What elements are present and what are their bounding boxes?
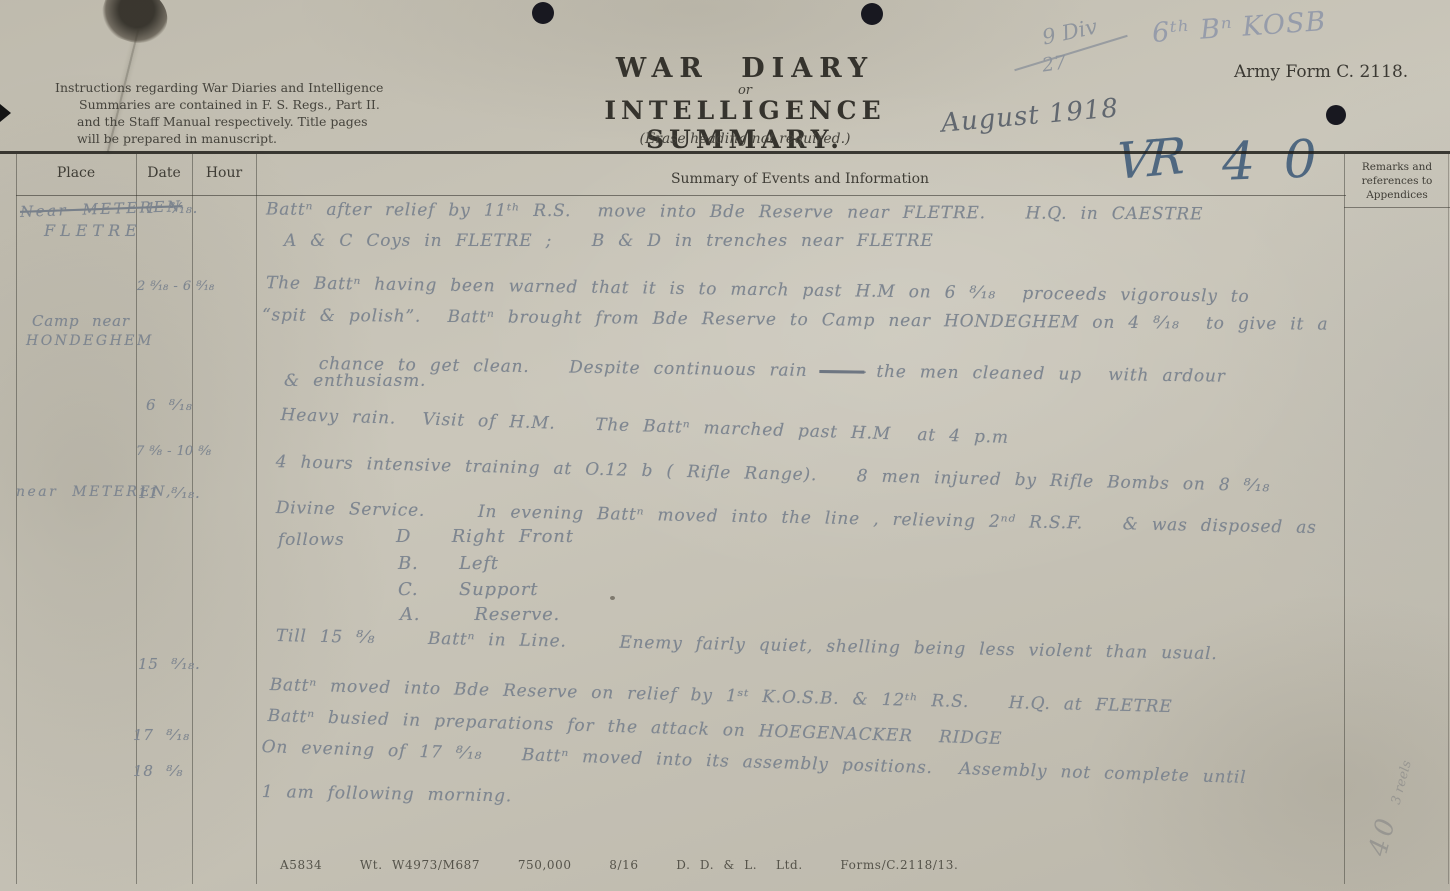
entry2-place-line2: HONDEGHEM (26, 333, 154, 349)
side-note-text: 3 reels (1389, 759, 1415, 806)
entry2-place-line1: Camp near (32, 312, 130, 330)
pencil-division-note: 9 Div (1040, 14, 1099, 49)
instructions-line: will be prepared in manuscript. (77, 130, 383, 147)
entry2-line4: & enthusiasm. (284, 371, 426, 391)
pencil-unit-note: 6ᵗʰ Bⁿ KOSB (1151, 6, 1327, 49)
entry4-date: 7 ⁸⁄₈ - 10 ⁸⁄₈ (136, 444, 211, 459)
pencil-division-denominator: 27 (1041, 51, 1068, 76)
entry2-line2: “spit & polish”. Battⁿ brought from Bde … (262, 305, 1328, 334)
remarks-header-line: Remarks and (1344, 160, 1450, 174)
entry5-date: 11 ⁸⁄₁₈. (138, 484, 201, 502)
left-edge-arrow-mark (0, 104, 11, 122)
entry2-line3: chance to get clean. Despite continuous … (266, 333, 1226, 406)
entry2-line3-after: the men cleaned up with ardour (876, 362, 1226, 387)
remarks-header-line: Appendices (1344, 188, 1450, 202)
instructions-line: Summaries are contained in F. S. Regs., … (79, 96, 383, 113)
table-vline-date-hour (192, 154, 193, 884)
entry7-line1: On evening of 17 ⁸⁄₁₈ Battⁿ moved into i… (261, 737, 1246, 788)
col-header-place: Place (16, 165, 136, 181)
table-top-rule (0, 151, 1450, 154)
entry6-date: 15 ⁸⁄₁₈. (138, 655, 201, 673)
col-header-hour: Hour (192, 165, 256, 181)
war-diary-page: Instructions regarding War Diaries and I… (0, 0, 1450, 891)
col-header-remarks: Remarks and references to Appendices (1344, 160, 1450, 202)
entry5-disposition-a: A. Reserve. (400, 604, 560, 625)
table-vline-hour-summary (256, 154, 257, 884)
instructions-line: and the Staff Manual respectively. Title… (77, 113, 383, 130)
printer-imprint: A5834 Wt. W4973/M687 750,000 8/16 D. D. … (280, 858, 958, 872)
remarks-header-rule (1344, 207, 1450, 208)
entry3-date: 6 ⁸⁄₁₈ (146, 396, 193, 414)
col-header-summary: Summary of Events and Information (256, 171, 1344, 187)
punch-hole-top-left (532, 2, 554, 24)
entry4-line1: 4 hours intensive training at O.12 b ( R… (276, 452, 1271, 496)
remarks-header-line: references to (1344, 174, 1450, 188)
entry5-till-line: Till 15 ⁸⁄₈ Battⁿ in Line. Enemy fairly … (276, 626, 1218, 664)
table-vline-left (16, 154, 17, 884)
instructions-line: Instructions regarding War Diaries and I… (55, 79, 383, 96)
erase-heading-note: (Erase heading not required.) (545, 131, 945, 147)
form-number: Army Form C. 2118. (1234, 62, 1408, 82)
punch-hole-right (1326, 105, 1346, 125)
side-pencil-note: 40 3 reels (1363, 707, 1431, 860)
entry5-disposition-c: C. Support (398, 579, 538, 600)
table-vline-summary-remarks (1344, 154, 1345, 884)
entry1-date: 1 ⁸⁄₁₈. (146, 199, 198, 217)
entry5-disposition-d: D Right Front (396, 526, 574, 547)
dust-speck (610, 596, 615, 600)
entry8-line1: 1 am following morning. (262, 782, 513, 806)
entry7-date: 17 ⁸⁄₁₈ (133, 726, 190, 744)
entry1-line1: Battⁿ after relief by 11ᵗʰ R.S. move int… (266, 200, 1203, 225)
punch-hole-top-right (861, 3, 883, 25)
entry1-line2: A & C Coys in FLETRE ; B & D in trenches… (284, 231, 934, 251)
entry3-line1: Heavy rain. Visit of H.M. The Battⁿ marc… (280, 405, 1009, 448)
entry2-date: 2 ⁸⁄₁₈ - 6 ⁸⁄₁₈ (137, 279, 214, 294)
instructions-block: Instructions regarding War Diaries and I… (55, 79, 383, 147)
entry5-follows: follows (278, 530, 345, 550)
entry5-disposition-b: B. Left (398, 553, 499, 574)
crossed-out-word: ——— (819, 361, 864, 382)
form-title: WAR DIARY (545, 53, 945, 84)
side-note-number: 40 (1363, 812, 1403, 859)
col-header-date: Date (136, 165, 192, 181)
entry1-place: FLETRE (44, 221, 142, 240)
table-header-rule (16, 195, 1346, 196)
table-vline-right (1448, 154, 1449, 884)
entry2-line1: The Battⁿ having been warned that it is … (266, 273, 1250, 307)
entry8-date: 18 ⁸⁄₈ (133, 762, 183, 780)
